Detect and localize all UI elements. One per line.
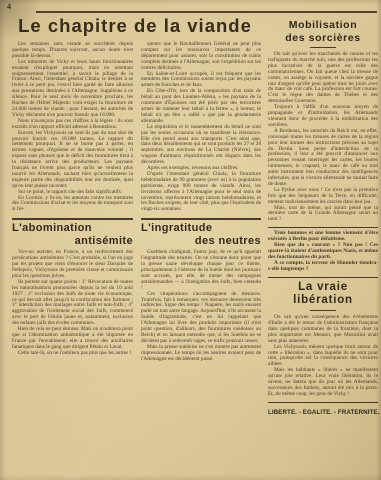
paragraph: À Bordeaux, les autorités du Reich ont, …: [268, 129, 378, 188]
paragraph: Rien de cela ne peut étonner. Mais on n'…: [12, 327, 133, 351]
paragraph: La Pythie avec nous ! Ce n'est pas la pr…: [268, 188, 378, 206]
section-headline-liberation: La vraie libération: [268, 281, 378, 307]
paragraph: Va-t-on assister, en France, à un renfor…: [12, 250, 133, 280]
paragraph: Nous n'avançons pas ces chiffres à la lé…: [12, 119, 133, 131]
headline-ornament-rule: [310, 47, 336, 48]
motto-banner: LIBERTE. - EGALITE. - FRATERNITE.: [268, 406, 378, 417]
paragraph: Les ministres de Vichy et leurs hauts fo…: [12, 60, 133, 119]
headline-line: des sorcières: [268, 32, 378, 45]
section-headline-ingratitude: L'ingratitude des neutres: [141, 218, 261, 247]
main-article-headline: Le chapitre de la viande: [12, 15, 258, 37]
paragraph: On sait qu'avec les marchands de canons …: [268, 52, 378, 105]
paragraph: On sait qu'une conséquence des événement…: [268, 315, 378, 345]
paragraph: En Côte-d'Or, lors de la composition d'u…: [141, 89, 261, 124]
paragraph: Les Vichyssois mènent quelque bruit auto…: [268, 345, 378, 369]
paragraph: À ce compte, la terreur de Himmler tiend…: [268, 261, 378, 273]
separator-rule: [268, 402, 378, 404]
paragraph: Ces vitupérations s'accompagnent de mena…: [141, 292, 261, 345]
page-number: 4: [7, 2, 11, 11]
paragraph: La réquisition et le rassemblement du bé…: [141, 125, 261, 166]
headline-line: L'abomination: [12, 222, 133, 235]
paragraph: quents que le Ravitaillement Général ne …: [141, 42, 261, 72]
headline-line: Mobilisation: [268, 19, 378, 32]
paragraph: Les semaines sans viande se succèdent de…: [12, 42, 133, 60]
paragraph: Ils portent sur quatre points : 1° Révoc…: [12, 280, 133, 327]
paragraph: Cette tare-là, on ne l'oubliera pas plus…: [12, 351, 133, 357]
headline-line: des neutres: [141, 235, 261, 248]
paragraph: Goebbels s'indignait, l'autre jour, de c…: [141, 250, 261, 291]
column-middle: quents que le Ravitaillement Général ne …: [141, 42, 261, 363]
column-left: Les semaines sans viande se succèdent de…: [12, 42, 133, 357]
paragraph: D'après l'intendant général Chiala, la f…: [141, 172, 261, 213]
top-rule: [36, 11, 377, 13]
separator-rule: [268, 277, 378, 279]
paragraph: Rien que du « courant » ? Non pas ! Ces …: [268, 243, 378, 261]
headline-line: L'ingratitude: [141, 222, 261, 235]
paragraph: Encore, les Vichyssois ne sont-ils pas d…: [12, 131, 133, 190]
execution-brief: Trois hommes et une femme viennent d'êtr…: [268, 228, 378, 272]
paragraph: Mais, tout de même, qui aurait pensé que…: [268, 206, 378, 224]
paragraph: Mais la presse suédoise ne s'en montre p…: [141, 345, 261, 363]
column-right: Mobilisation des sorcières On sait qu'av…: [268, 17, 378, 417]
paragraph: Mais les habitants « libérés » ne manife…: [268, 368, 378, 398]
section-headline-abomination: L'abomination antisémite: [12, 218, 133, 247]
section-headline-mobilisation: Mobilisation des sorcières: [268, 19, 378, 44]
headline-ornament-rule: [310, 310, 336, 311]
headline-line: antisémite: [12, 235, 133, 248]
newspaper-page: 4 Le chapitre de la viande Les semaines …: [0, 0, 381, 480]
paragraph: En Corrèze, y lit-on, les attentats cont…: [12, 196, 133, 214]
paragraph: Toujours à l'affût d'un nouveau moyen de…: [268, 105, 378, 129]
paragraph: En Saône-et-Loire occupée, il est fréque…: [141, 72, 261, 90]
